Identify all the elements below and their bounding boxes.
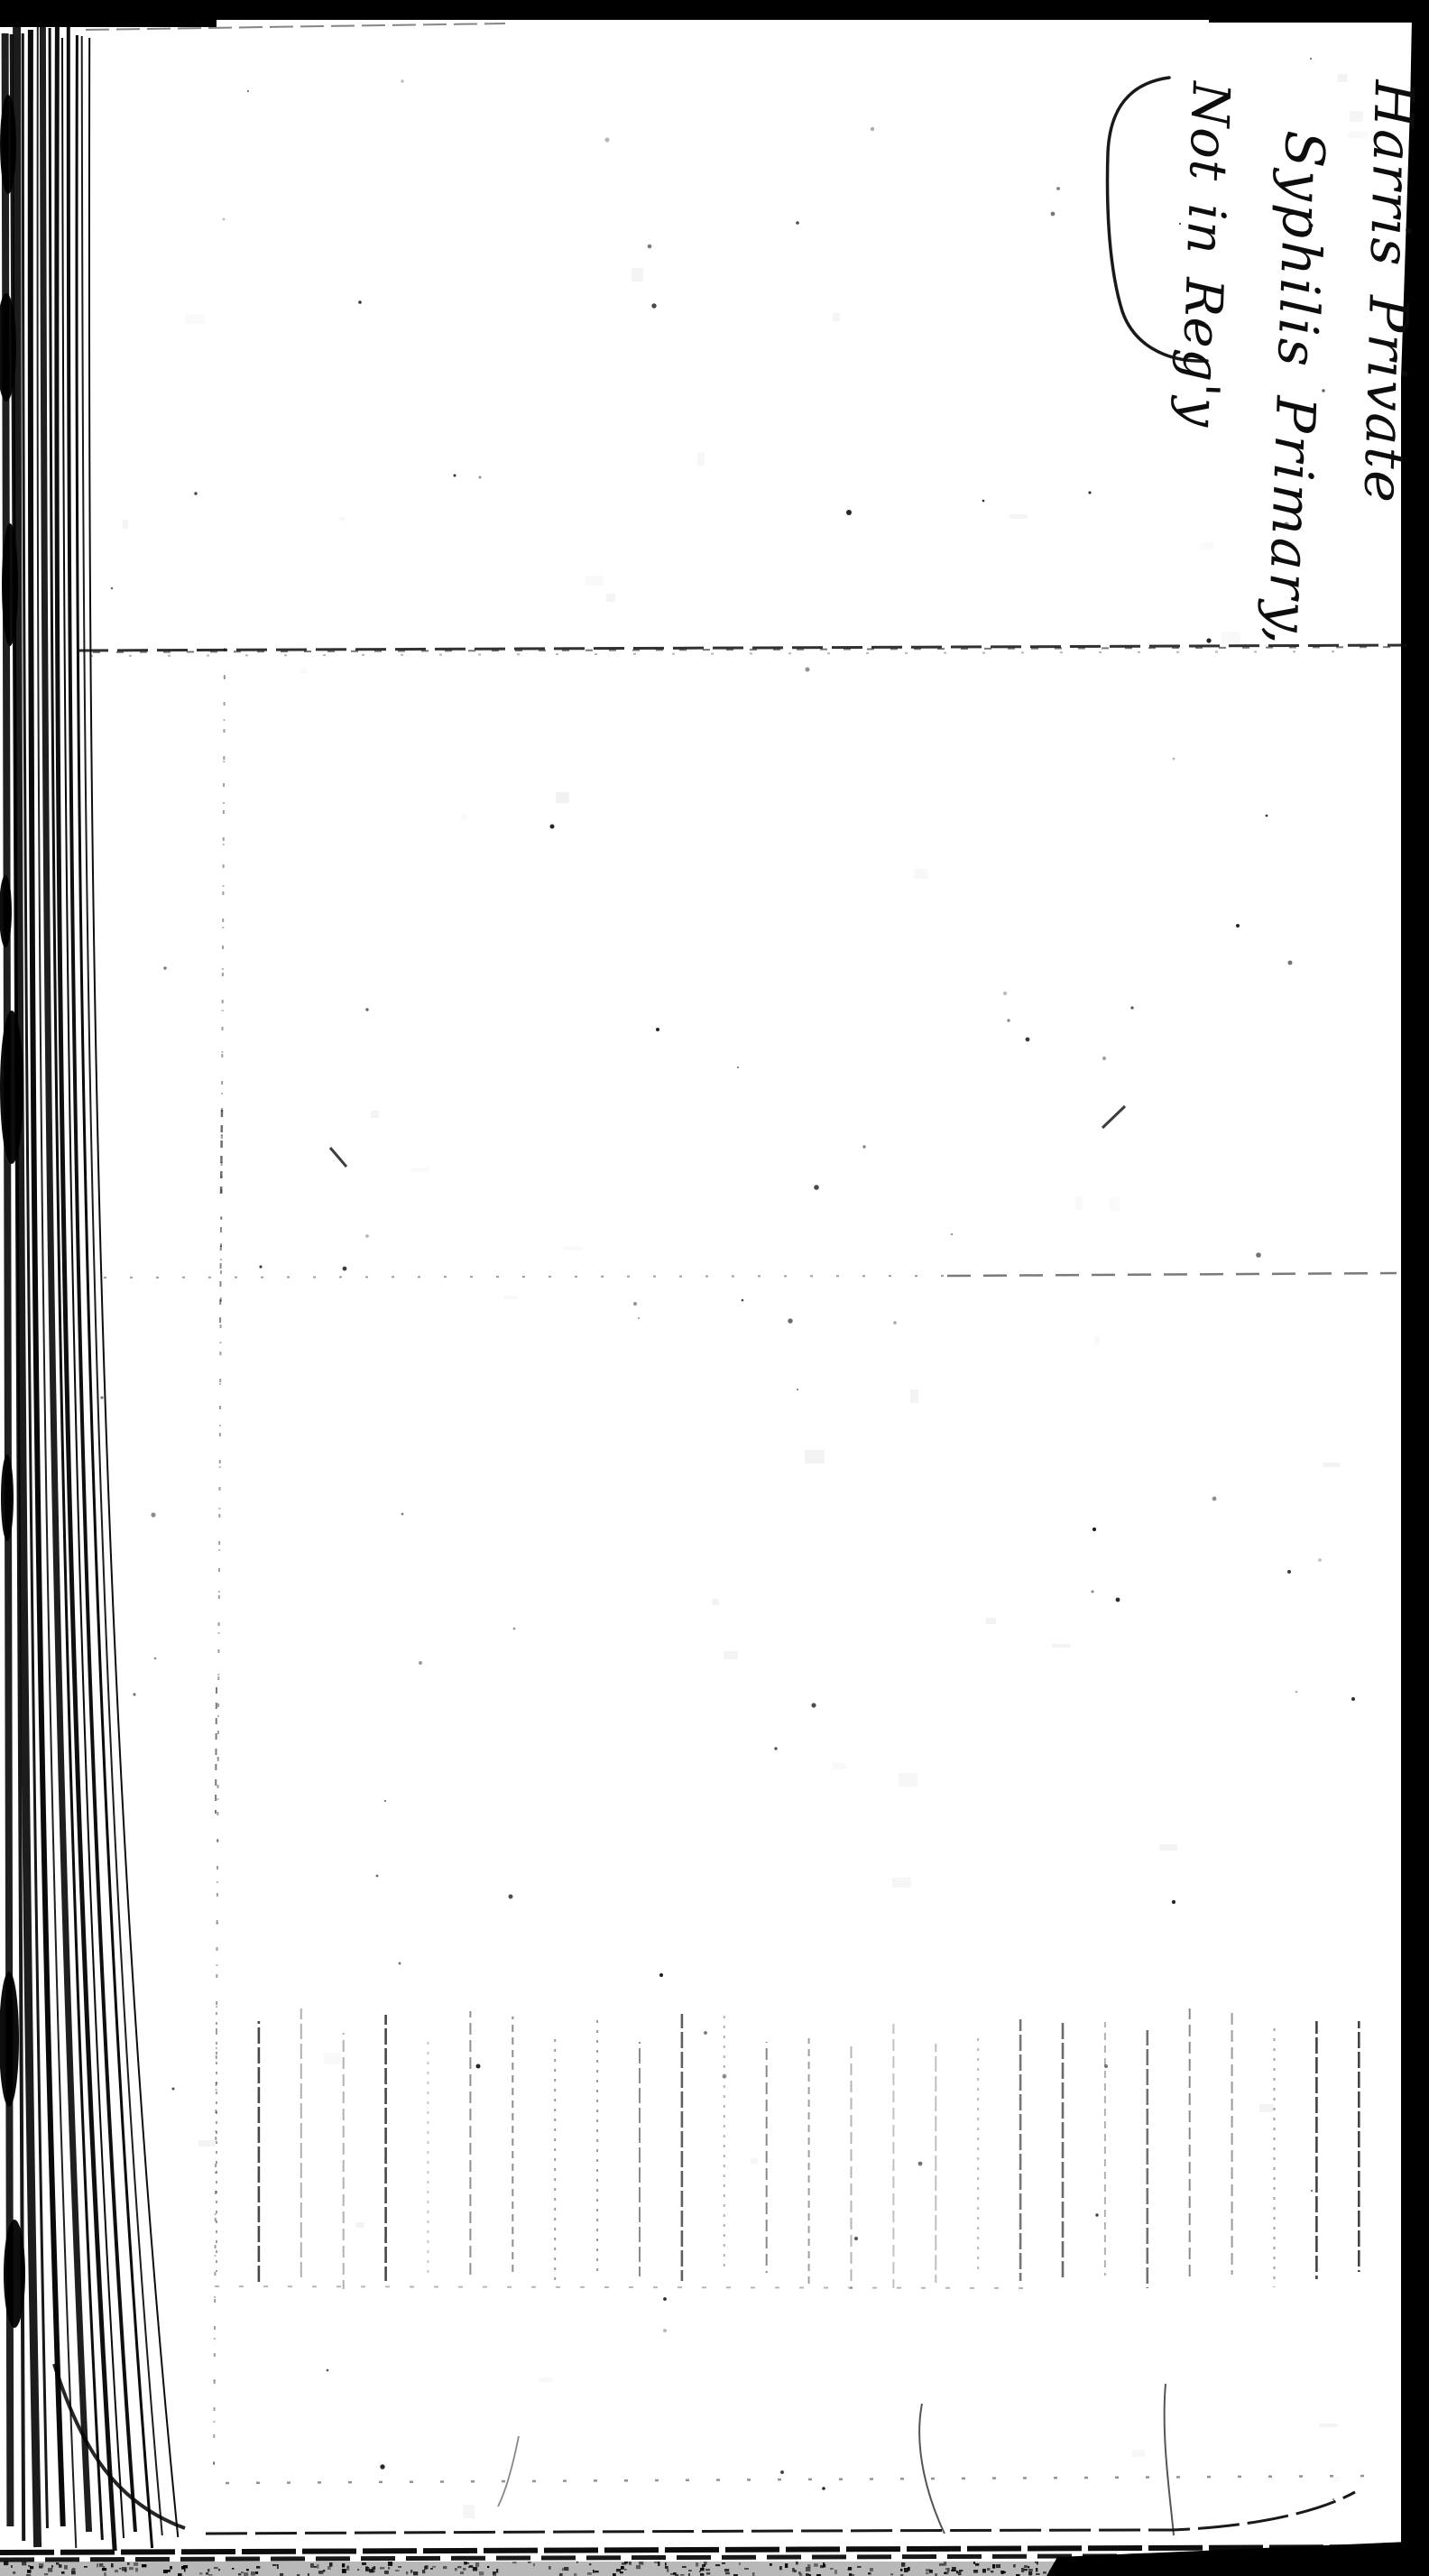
margin-rule: [214, 648, 346, 2483]
book-edge-band: [0, 23, 185, 2551]
top-scan-border: [0, 0, 1429, 30]
bottom-scan-border: [0, 2492, 1429, 2576]
scanned-ledger-page: Harris Private Syphilis Primary, Not in …: [0, 0, 1429, 2576]
ledger-column-grid: [215, 2008, 1371, 2483]
handwritten-line-1: Harris Private: [1351, 79, 1426, 505]
crease-threads: [498, 2384, 1174, 2535]
handwritten-line-3: Not in Reg'y: [1166, 80, 1243, 429]
horizontal-rules: [78, 645, 1407, 1278]
paper-mottling: [119, 74, 1368, 2518]
